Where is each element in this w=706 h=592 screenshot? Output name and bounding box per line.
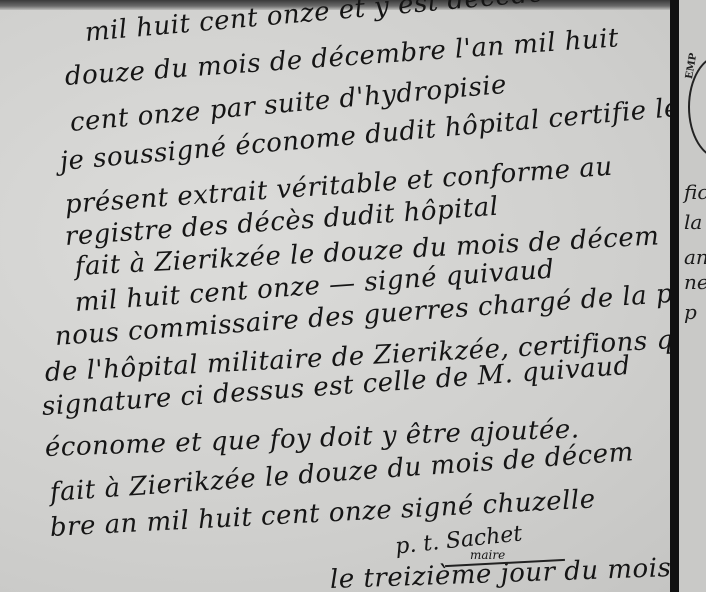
margin-fragment: fic	[684, 180, 706, 204]
manuscript-scan: mil huit cent onze et y est décédé le do…	[0, 0, 706, 592]
margin-fragment: p	[684, 300, 697, 324]
margin-fragment: ne	[684, 270, 706, 294]
margin-fragment: an	[684, 245, 706, 269]
mayor-title: maire	[470, 548, 505, 562]
binding-gutter	[670, 0, 679, 592]
margin-fragment: la	[684, 210, 702, 234]
